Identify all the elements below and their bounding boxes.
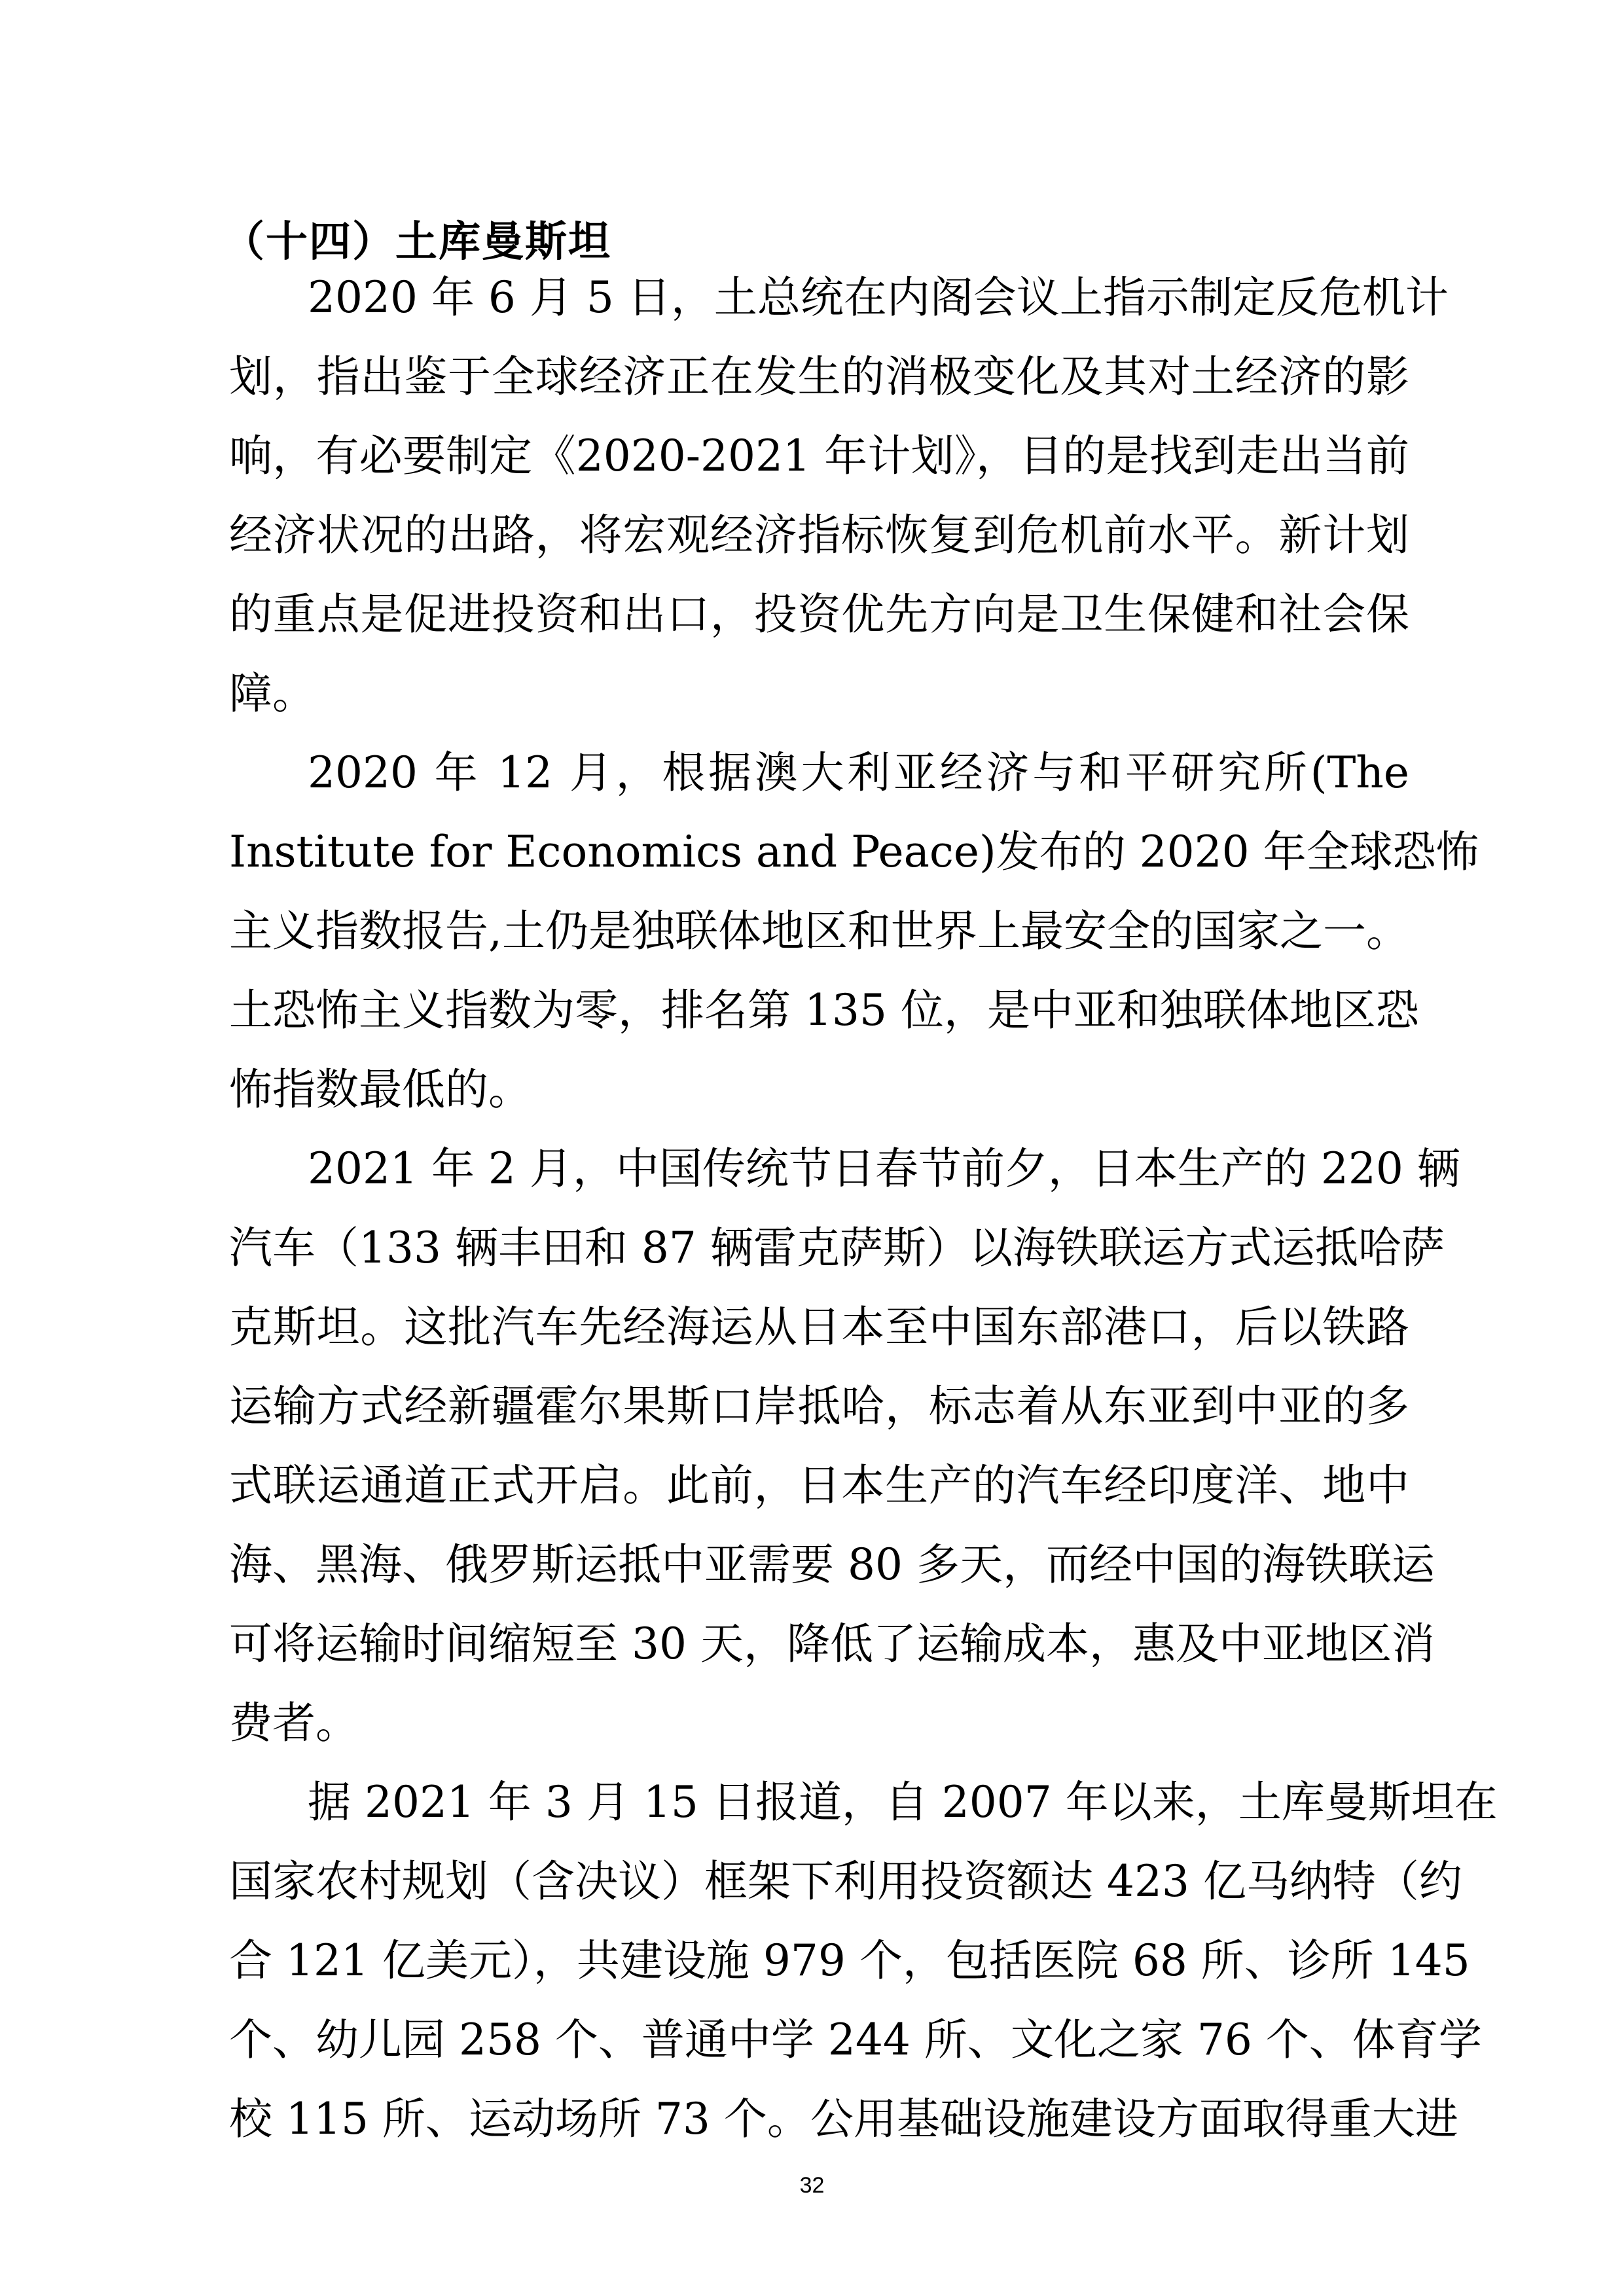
document-page: （十四）土库曼斯坦 2020 年 6 月 5 日，土总统在内阁会议上指示制定反危… <box>0 0 1624 2296</box>
paragraph-2-line-3: 主义指数报告,土仍是独联体地区和世界上最安全的国家之一。 <box>229 902 1409 961</box>
paragraph-3-line-5: 式联运通道正式开启。此前，日本生产的汽车经印度洋、地中 <box>229 1456 1409 1515</box>
paragraph-3-line-6: 海、黑海、俄罗斯运抵中亚需要 80 多天，而经中国的海铁联运 <box>229 1535 1409 1594</box>
paragraph-3-line-3: 克斯坦。这批汽车先经海运从日本至中国东部港口，后以铁路 <box>229 1298 1409 1357</box>
paragraph-3-line-2: 汽车（133 辆丰田和 87 辆雷克萨斯）以海铁联运方式运抵哈萨 <box>229 1219 1409 1278</box>
paragraph-3-line-7: 可将运输时间缩短至 30 天，降低了运输成本，惠及中亚地区消 <box>229 1615 1409 1674</box>
paragraph-4-line-1: 据 2021 年 3 月 15 日报道，自 2007 年以来，土库曼斯坦在 <box>308 1773 1409 1832</box>
paragraph-2-line-4: 土恐怖主义指数为零，排名第 135 位，是中亚和独联体地区恐 <box>229 981 1409 1040</box>
paragraph-2-line-2: Institute for Economics and Peace)发布的 20… <box>229 823 1409 882</box>
paragraph-1-line-5: 的重点是促进投资和出口，投资优先方向是卫生保健和社会保 <box>229 585 1409 644</box>
paragraph-1-line-3: 响，有必要制定《2020-2021 年计划》，目的是找到走出当前 <box>229 427 1409 486</box>
paragraph-2-line-1: 2020 年 12 月，根据澳大利亚经济与和平研究所(The <box>308 744 1409 802</box>
page-number: 32 <box>0 2173 1624 2198</box>
paragraph-3-line-8: 费者。 <box>229 1694 1409 1753</box>
paragraph-3-line-1: 2021 年 2 月，中国传统节日春节前夕，日本生产的 220 辆 <box>308 1139 1409 1198</box>
paragraph-4-line-4: 个、幼儿园 258 个、普通中学 244 所、文化之家 76 个、体育学 <box>229 2011 1409 2070</box>
paragraph-1-line-1: 2020 年 6 月 5 日，土总统在内阁会议上指示制定反危机计 <box>308 268 1409 327</box>
paragraph-4-line-2: 国家农村规划（含决议）框架下利用投资额达 423 亿马纳特（约 <box>229 1852 1409 1911</box>
paragraph-4-line-3: 合 121 亿美元），共建设施 979 个，包括医院 68 所、诊所 145 <box>229 1931 1409 1990</box>
paragraph-1-line-6: 障。 <box>229 664 1409 723</box>
paragraph-1-line-2: 划，指出鉴于全球经济正在发生的消极变化及其对土经济的影 <box>229 348 1409 406</box>
paragraph-3-line-4: 运输方式经新疆霍尔果斯口岸抵哈，标志着从东亚到中亚的多 <box>229 1377 1409 1436</box>
paragraph-2-line-5: 怖指数最低的。 <box>229 1060 1409 1119</box>
section-heading: （十四）土库曼斯坦 <box>223 208 611 268</box>
paragraph-1-line-4: 经济状况的出路，将宏观经济指标恢复到危机前水平。新计划 <box>229 506 1409 565</box>
paragraph-4-line-5: 校 115 所、运动场所 73 个。公用基础设施建设方面取得重大进 <box>229 2090 1409 2149</box>
